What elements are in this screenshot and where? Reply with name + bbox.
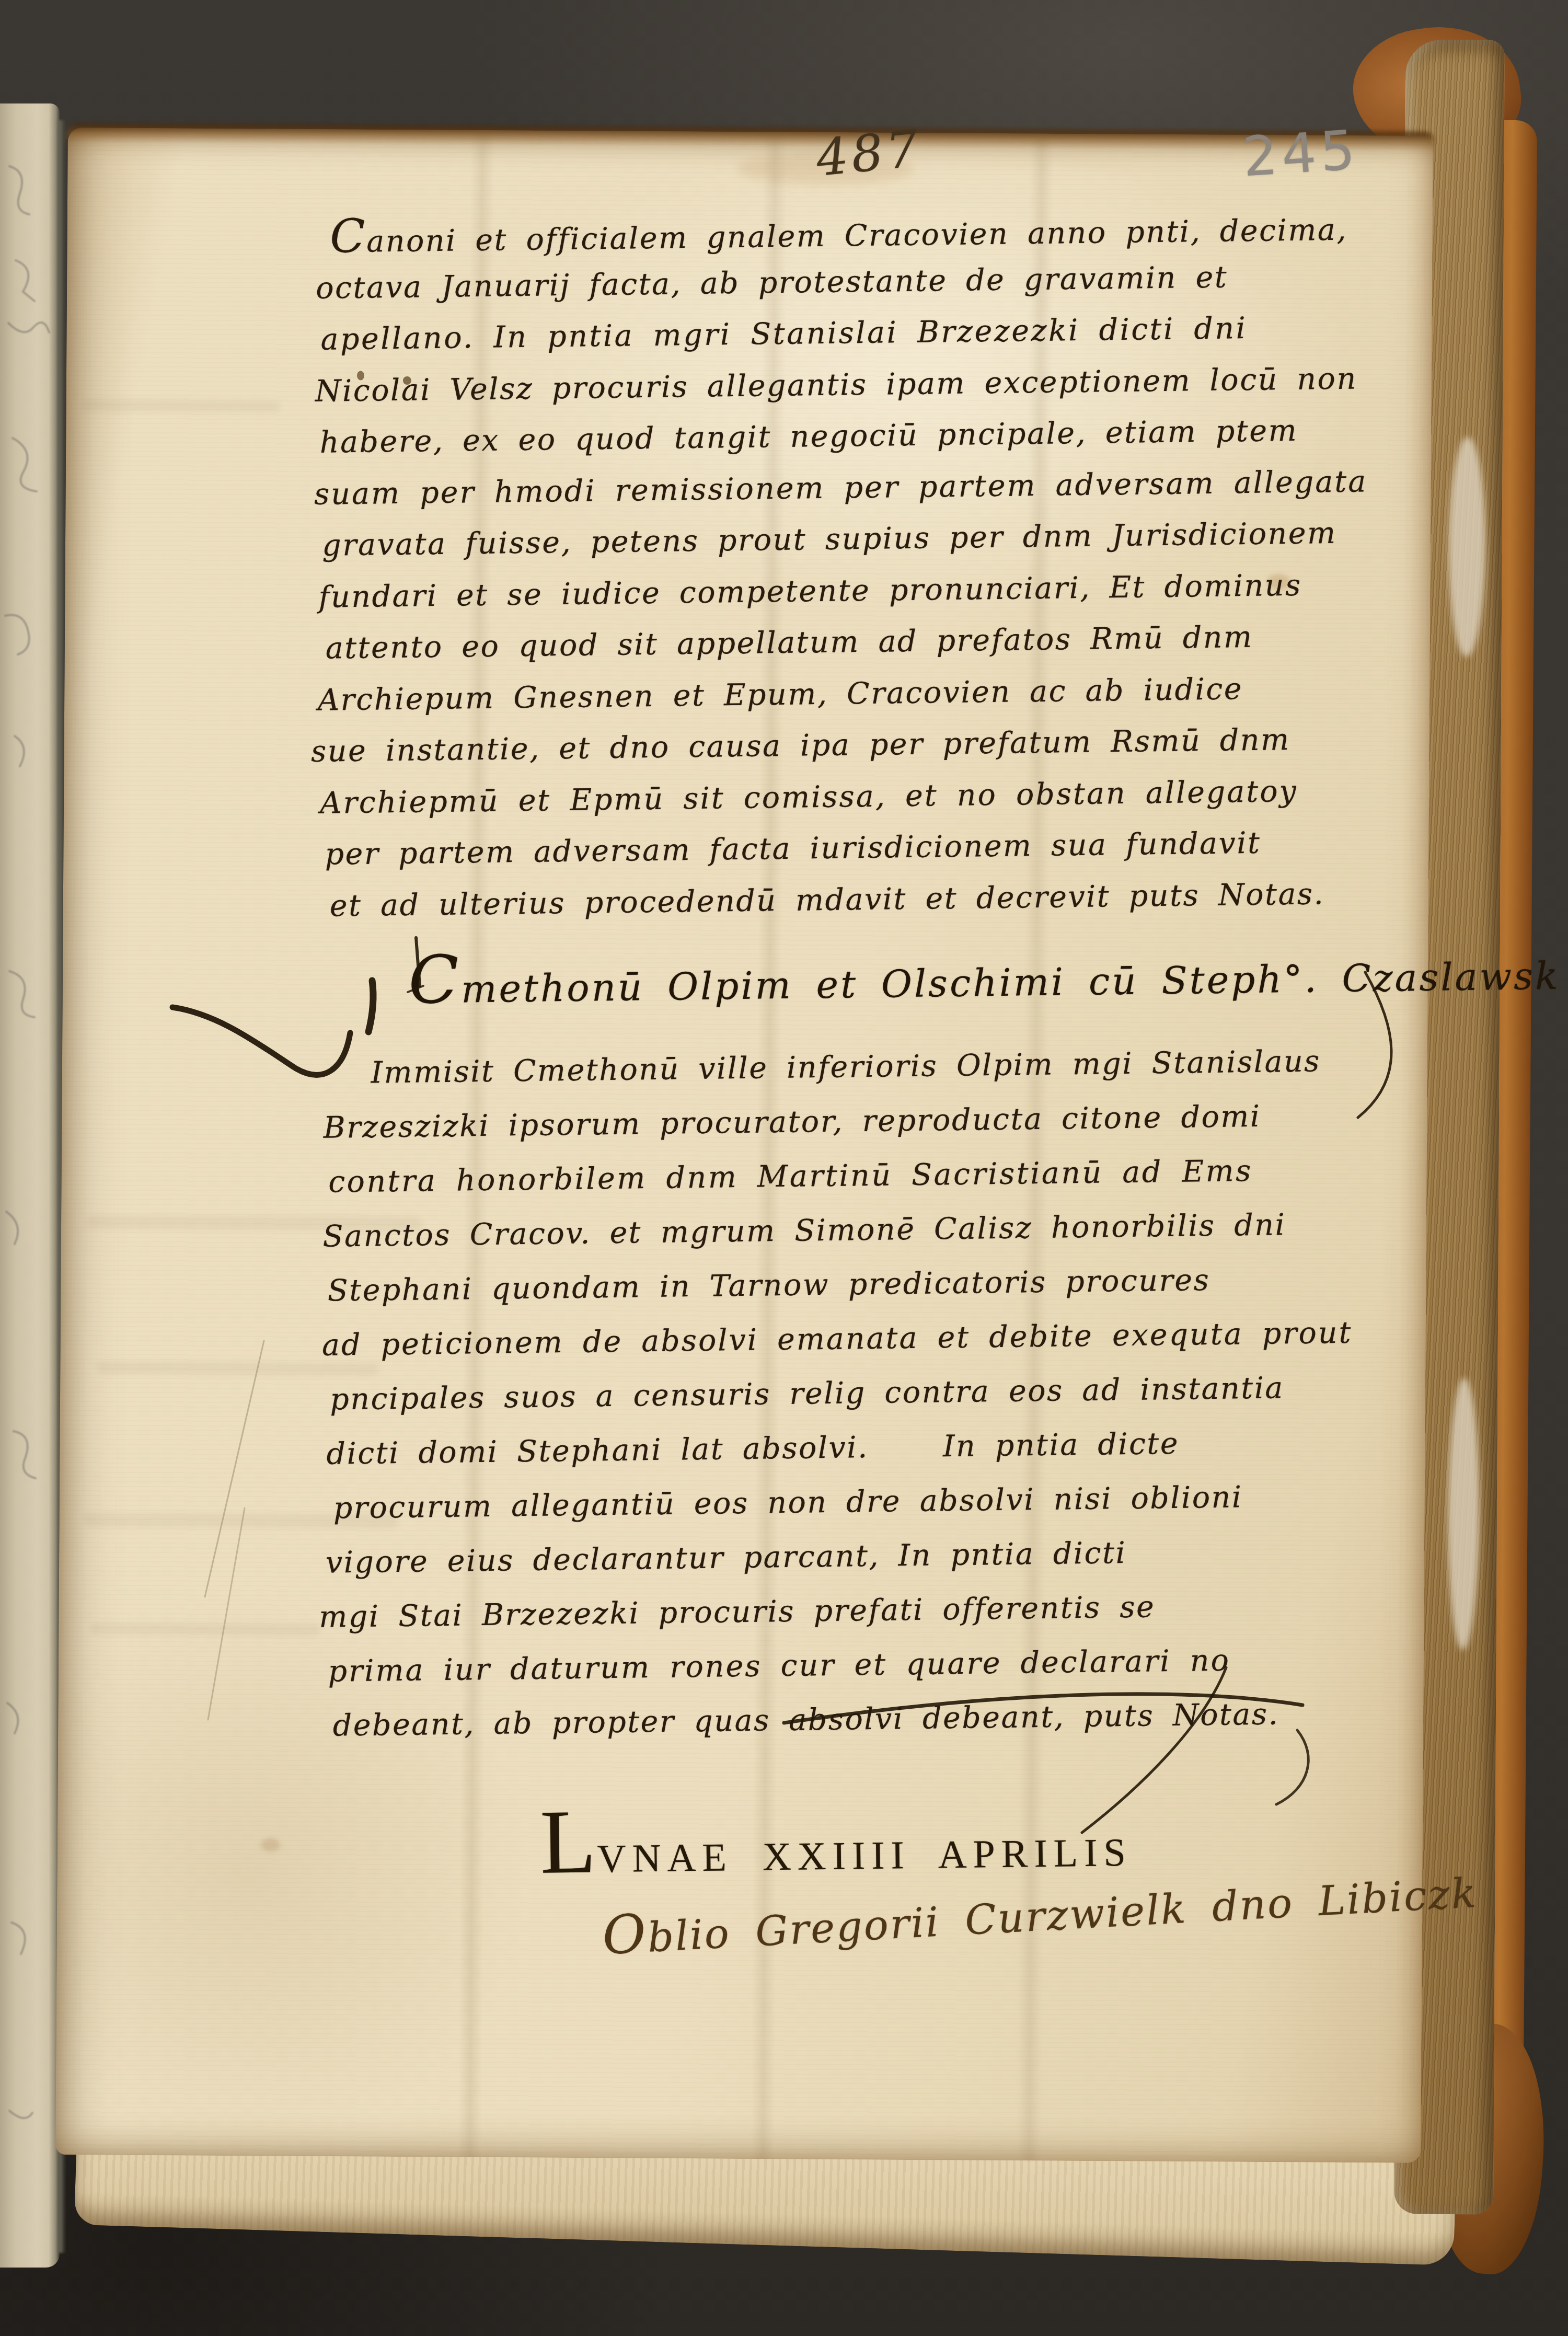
date-heading: LVNAE XXIIII APRILIS: [540, 1789, 1133, 1888]
fore-edge-worn-patch: [1448, 437, 1486, 657]
entry-paragraph-1: Canoni et officialem gnalem Cracovien an…: [322, 198, 1373, 931]
manuscript-page: 487 245 Canoni et officialem gnalem Crac…: [55, 128, 1433, 2163]
facing-page-edge: [0, 103, 60, 2268]
manuscript-photo: 487 245 Canoni et officialem gnalem Crac…: [0, 0, 1568, 2336]
paper-surface: 487 245 Canoni et officialem gnalem Crac…: [55, 128, 1433, 2163]
fore-edge-worn-patch: [1447, 1378, 1480, 1650]
entry-paragraph-2: Immisit Cmethonū ville inferioris Olpim …: [330, 1034, 1357, 1753]
entry-heading: Cmethonū Olpim et Olschimi cū Steph°. Cz…: [408, 928, 1561, 1019]
bleedthrough-script-marks: [0, 103, 60, 2268]
manuscript-text: Canoni et officialem gnalem Cracovien an…: [57, 124, 1447, 2168]
